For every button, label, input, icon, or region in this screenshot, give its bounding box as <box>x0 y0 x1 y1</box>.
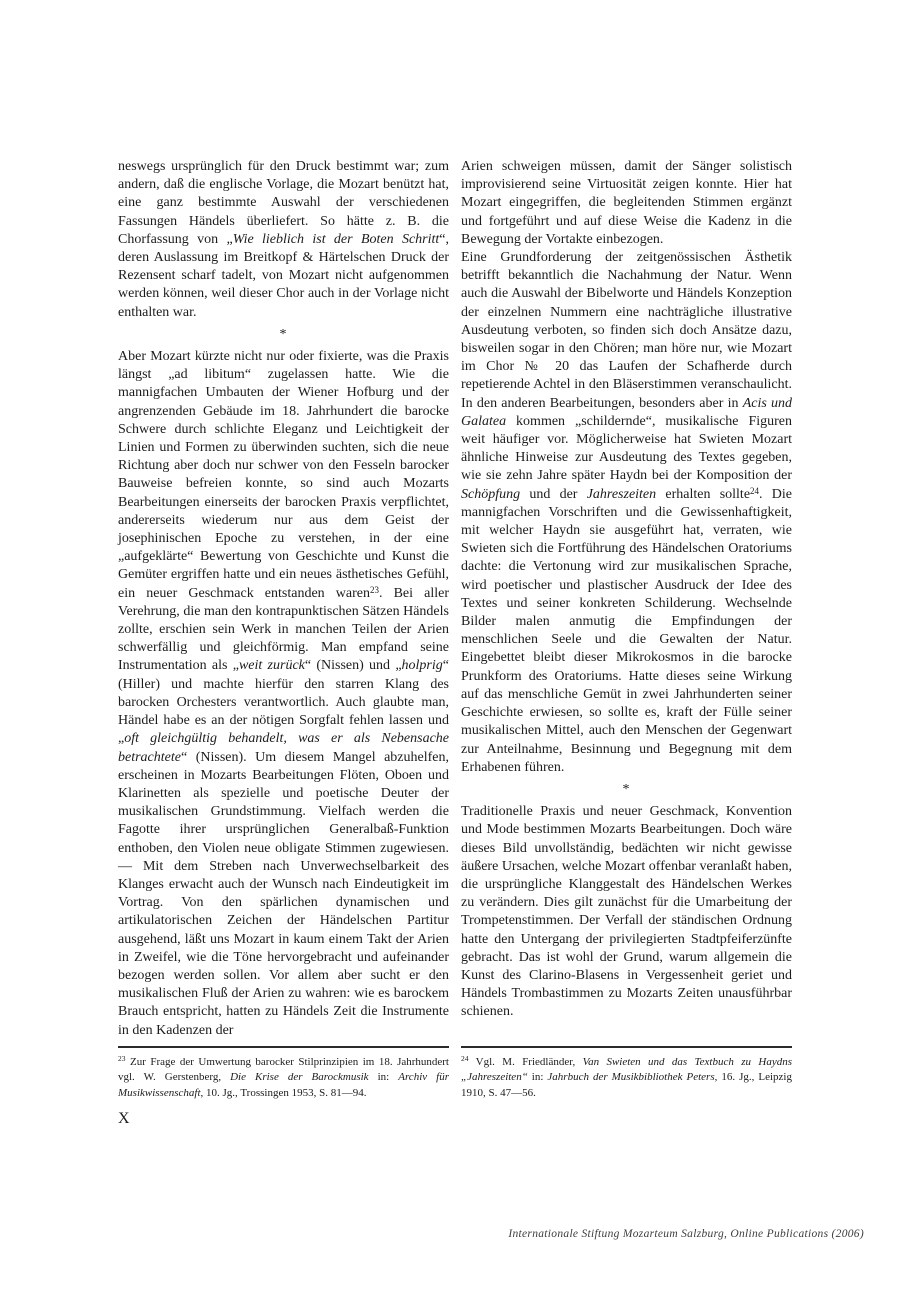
paragraph: Traditionelle Praxis und neuer Geschmack… <box>461 803 792 1021</box>
footnote-marker: 24 <box>461 1054 469 1063</box>
italic-text: holprig <box>402 658 443 673</box>
italic-text: Die Krise der Barockmusik <box>230 1071 368 1083</box>
footnote-rule <box>118 1046 449 1048</box>
italic-text: Wie lieblich ist der Boten Schritt <box>233 232 440 247</box>
footnote-reference: 24 <box>750 486 759 496</box>
body-text: Traditionelle Praxis und neuer Geschmack… <box>461 804 792 1019</box>
italic-text: Jahreszeiten <box>587 487 656 502</box>
italic-text: Schöpfung <box>461 487 520 502</box>
footnote-body: 23 Zur Frage der Umwertung barocker Stil… <box>118 1055 449 1101</box>
section-separator: * <box>118 326 449 344</box>
body-text: . Die mannigfachen Vorschriften und die … <box>461 487 792 775</box>
body-text: erhalten sollte <box>656 487 750 502</box>
paragraph: Eine Grundforderung der zeitgenössischen… <box>461 249 792 777</box>
paragraph: Arien schweigen müssen, damit der Sänger… <box>461 158 792 249</box>
body-text: Vgl. M. Friedländer, <box>469 1056 583 1068</box>
footnote-marker: 23 <box>118 1054 126 1063</box>
section-separator: * <box>461 781 792 799</box>
italic-text: weit zurück <box>239 658 305 673</box>
footnotes-section-right: 24 Vgl. M. Friedländer, Van Swieten und … <box>461 1046 792 1101</box>
paragraph: Aber Mozart kürzte nicht nur oder fixier… <box>118 348 449 1040</box>
paragraph: neswegs ursprünglich für den Druck besti… <box>118 158 449 322</box>
footnote: 23 Zur Frage der Umwertung barocker Stil… <box>118 1055 449 1101</box>
body-text: und der <box>520 487 587 502</box>
body-text: Arien schweigen müssen, damit der Sänger… <box>461 159 792 247</box>
footer-credit: Internationale Stiftung Mozarteum Salzbu… <box>0 1228 864 1240</box>
body-text: in: <box>528 1071 548 1083</box>
body-text: kommen „schildernde“, musikalische Figur… <box>461 414 792 484</box>
body-text: “ (Nissen). Um diesem Mangel abzuhelfen,… <box>118 750 449 1038</box>
footnote-reference: 23 <box>370 585 379 595</box>
body-text: Eine Grundforderung der zeitgenössischen… <box>461 250 792 411</box>
footnotes-section-left: 23 Zur Frage der Umwertung barocker Stil… <box>118 1046 449 1101</box>
body-text: “ (Nissen) und „ <box>305 658 402 673</box>
body-text: in: <box>369 1071 399 1083</box>
italic-text: Jahrbuch der Musikbibliothek Peters <box>547 1071 714 1083</box>
scanned-book-page: neswegs ursprünglich für den Druck besti… <box>0 0 900 1299</box>
body-text: , 10. Jg., Trossingen 1953, S. 81—94. <box>201 1087 367 1099</box>
footnote-rule <box>461 1046 792 1048</box>
footnote-body: 24 Vgl. M. Friedländer, Van Swieten und … <box>461 1055 792 1101</box>
body-text: Aber Mozart kürzte nicht nur oder fixier… <box>118 349 449 601</box>
page-number: X <box>118 1110 130 1128</box>
text-column-right: Arien schweigen müssen, damit der Sänger… <box>461 158 792 1022</box>
footnote: 24 Vgl. M. Friedländer, Van Swieten und … <box>461 1055 792 1101</box>
text-column-left: neswegs ursprünglich für den Druck besti… <box>118 158 449 1040</box>
